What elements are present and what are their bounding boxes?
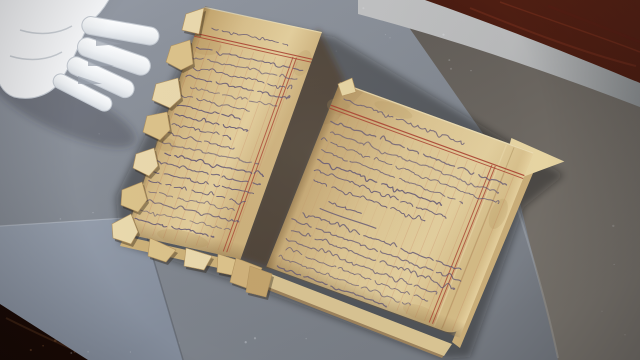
archival-photo: An open aged notebook with handwritten c… — [0, 0, 640, 360]
photo-canvas — [0, 0, 640, 360]
vignette-overlay — [0, 0, 640, 360]
